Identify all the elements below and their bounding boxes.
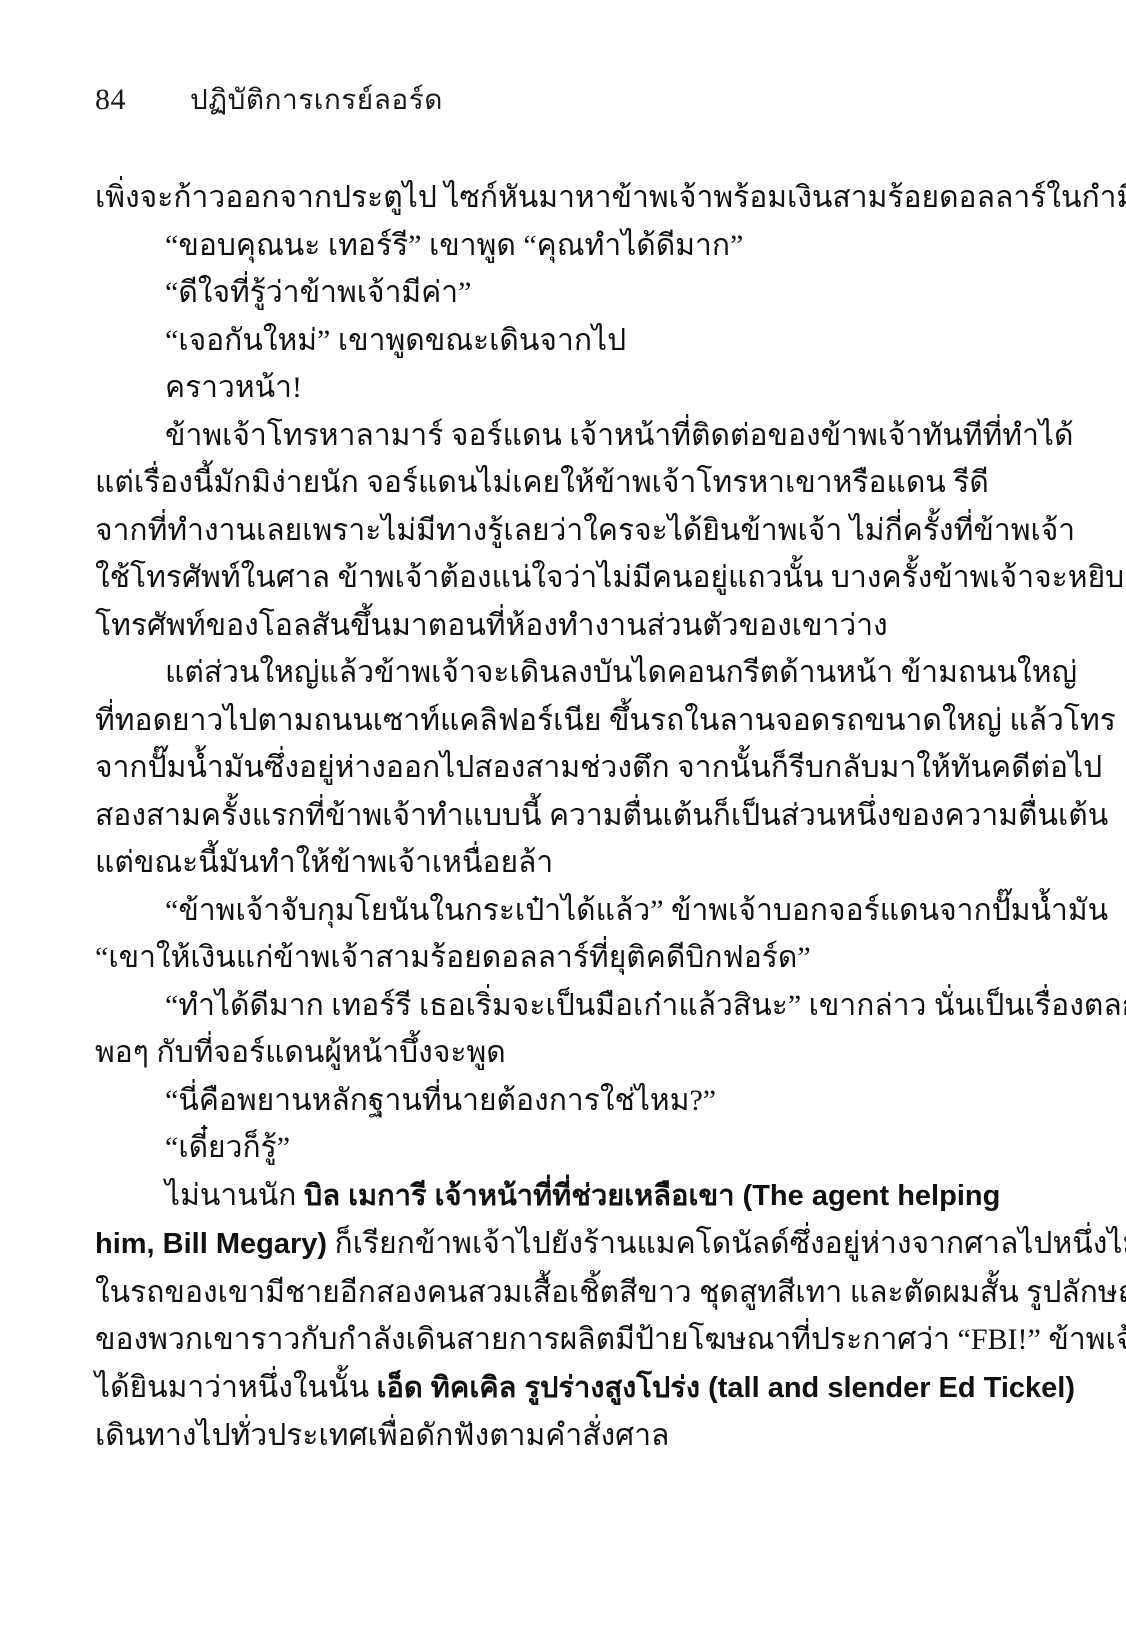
text-segment: ก็เรียกข้าพเจ้าไปยังร้านแมคโดนัลด์ซึ่งอย… [327,1227,1126,1260]
text-segment: เดินทางไปทั่วประเทศเพื่อดักฟังตามคำสั่งศ… [95,1419,669,1452]
text-line: โทรศัพท์ของโอลสันขึ้นมาตอนที่ห้องทำงานส่… [95,602,1036,650]
body-text: เพิ่งจะก้าวออกจากประตูไป ไซก์หันมาหาข้าพ… [95,174,1036,1460]
text-segment: พอๆ กับที่จอร์แดนผู้หน้าบึ้งจะพูด [95,1036,506,1069]
text-segment: ที่ทอดยาวไปตามถนนเซาท์แคลิฟอร์เนีย ขึ้นร… [95,704,1116,737]
text-line: “ข้าพเจ้าจับกุมโยนันในกระเป๋าได้แล้ว” ข้… [95,887,1036,935]
text-line: พอๆ กับที่จอร์แดนผู้หน้าบึ้งจะพูด [95,1029,1036,1077]
text-line: “เขาให้เงินแก่ข้าพเจ้าสามร้อยดอลลาร์ที่ย… [95,934,1036,982]
text-line: ไม่นานนัก บิล เมการี เจ้าหน้าที่ที่ช่วยเ… [95,1172,1036,1221]
text-segment: “นี่คือพยานหลักฐานที่นายต้องการใช่ไหม?” [165,1084,716,1117]
text-segment: ในรถของเขามีชายอีกสองคนสวมเสื้อเชิ้ตสีขา… [95,1276,1126,1309]
text-segment: แต่ขณะนี้มันทำให้ข้าพเจ้าเหนื่อยล้า [95,846,553,879]
book-title: ปฏิบัติการเกรย์ลอร์ด [190,78,443,122]
text-segment: ไม่นานนัก [165,1179,304,1212]
emphasized-text-segment: him, Bill Megary) [95,1228,327,1260]
running-header: 84 ปฏิบัติการเกรย์ลอร์ด [95,78,1036,122]
text-segment: ของพวกเขาราวกับกำลังเดินสายการผลิตมีป้าย… [95,1323,1126,1356]
text-line: แต่ขณะนี้มันทำให้ข้าพเจ้าเหนื่อยล้า [95,839,1036,887]
emphasized-text-segment: บิล เมการี เจ้าหน้าที่ที่ช่วยเหลือเขา (T… [304,1180,1000,1212]
text-line: จากปั๊มน้ำมันซึ่งอยู่ห่างออกไปสองสามช่วง… [95,744,1036,792]
text-segment: ข้าพเจ้าโทรหาลามาร์ จอร์แดน เจ้าหน้าที่ต… [165,419,1073,452]
text-segment: ได้ยินมาว่าหนึ่งในนั้น [95,1371,377,1404]
text-line: เพิ่งจะก้าวออกจากประตูไป ไซก์หันมาหาข้าพ… [95,174,1036,222]
text-line: “ขอบคุณนะ เทอร์รี” เขาพูด “คุณทำได้ดีมาก… [95,222,1036,270]
text-line: แต่ส่วนใหญ่แล้วข้าพเจ้าจะเดินลงบันไดคอนก… [95,649,1036,697]
text-line: “เจอกันใหม่” เขาพูดขณะเดินจากไป [95,317,1036,365]
text-line: แต่เรื่องนี้มักมิง่ายนัก จอร์แดนไม่เคยให… [95,459,1036,507]
text-line: “นี่คือพยานหลักฐานที่นายต้องการใช่ไหม?” [95,1077,1036,1125]
text-segment: “ข้าพเจ้าจับกุมโยนันในกระเป๋าได้แล้ว” ข้… [165,894,1108,927]
text-segment: แต่เรื่องนี้มักมิง่ายนัก จอร์แดนไม่เคยให… [95,466,989,499]
text-segment: โทรศัพท์ของโอลสันขึ้นมาตอนที่ห้องทำงานส่… [95,609,888,642]
text-line: ใช้โทรศัพท์ในศาล ข้าพเจ้าต้องแน่ใจว่าไม่… [95,554,1036,602]
page-number: 84 [95,83,190,117]
emphasized-text-segment: เอ็ด ทิคเคิล รูปร่างสูงโปร่ง (tall and s… [377,1372,1075,1404]
text-segment: “ดีใจที่รู้ว่าข้าพเจ้ามีค่า” [165,276,471,309]
book-page: 84 ปฏิบัติการเกรย์ลอร์ด เพิ่งจะก้าวออกจา… [0,0,1126,1638]
text-segment: “เขาให้เงินแก่ข้าพเจ้าสามร้อยดอลลาร์ที่ย… [95,941,811,974]
text-segment: สองสามครั้งแรกที่ข้าพเจ้าทำแบบนี้ ความตื… [95,799,1108,832]
text-line: him, Bill Megary) ก็เรียกข้าพเจ้าไปยังร้… [95,1220,1036,1269]
text-line: “ดีใจที่รู้ว่าข้าพเจ้ามีค่า” [95,269,1036,317]
text-line: เดินทางไปทั่วประเทศเพื่อดักฟังตามคำสั่งศ… [95,1412,1036,1460]
text-line: ได้ยินมาว่าหนึ่งในนั้น เอ็ด ทิคเคิล รูปร… [95,1364,1036,1413]
text-line: “ทำได้ดีมาก เทอร์รี เธอเริ่มจะเป็นมือเก๋… [95,982,1036,1030]
text-segment: แต่ส่วนใหญ่แล้วข้าพเจ้าจะเดินลงบันไดคอนก… [165,656,1077,689]
text-segment: “ขอบคุณนะ เทอร์รี” เขาพูด “คุณทำได้ดีมาก… [165,229,743,262]
text-segment: จากปั๊มน้ำมันซึ่งอยู่ห่างออกไปสองสามช่วง… [95,751,1102,784]
text-segment: ใช้โทรศัพท์ในศาล ข้าพเจ้าต้องแน่ใจว่าไม่… [95,561,1124,594]
text-segment: “ทำได้ดีมาก เทอร์รี เธอเริ่มจะเป็นมือเก๋… [165,989,1126,1022]
text-segment: เพิ่งจะก้าวออกจากประตูไป ไซก์หันมาหาข้าพ… [95,181,1126,214]
text-line: คราวหน้า! [95,364,1036,412]
text-line: ข้าพเจ้าโทรหาลามาร์ จอร์แดน เจ้าหน้าที่ต… [95,412,1036,460]
text-line: ของพวกเขาราวกับกำลังเดินสายการผลิตมีป้าย… [95,1316,1036,1364]
text-segment: คราวหน้า! [165,371,302,404]
text-line: สองสามครั้งแรกที่ข้าพเจ้าทำแบบนี้ ความตื… [95,792,1036,840]
text-line: ในรถของเขามีชายอีกสองคนสวมเสื้อเชิ้ตสีขา… [95,1269,1036,1317]
text-line: จากที่ทำงานเลยเพราะไม่มีทางรู้เลยว่าใครจ… [95,507,1036,555]
text-segment: จากที่ทำงานเลยเพราะไม่มีทางรู้เลยว่าใครจ… [95,514,1075,547]
text-segment: “เจอกันใหม่” เขาพูดขณะเดินจากไป [165,324,626,357]
text-segment: “เดี๋ยวก็รู้” [165,1131,290,1164]
text-line: “เดี๋ยวก็รู้” [95,1124,1036,1172]
text-line: ที่ทอดยาวไปตามถนนเซาท์แคลิฟอร์เนีย ขึ้นร… [95,697,1036,745]
